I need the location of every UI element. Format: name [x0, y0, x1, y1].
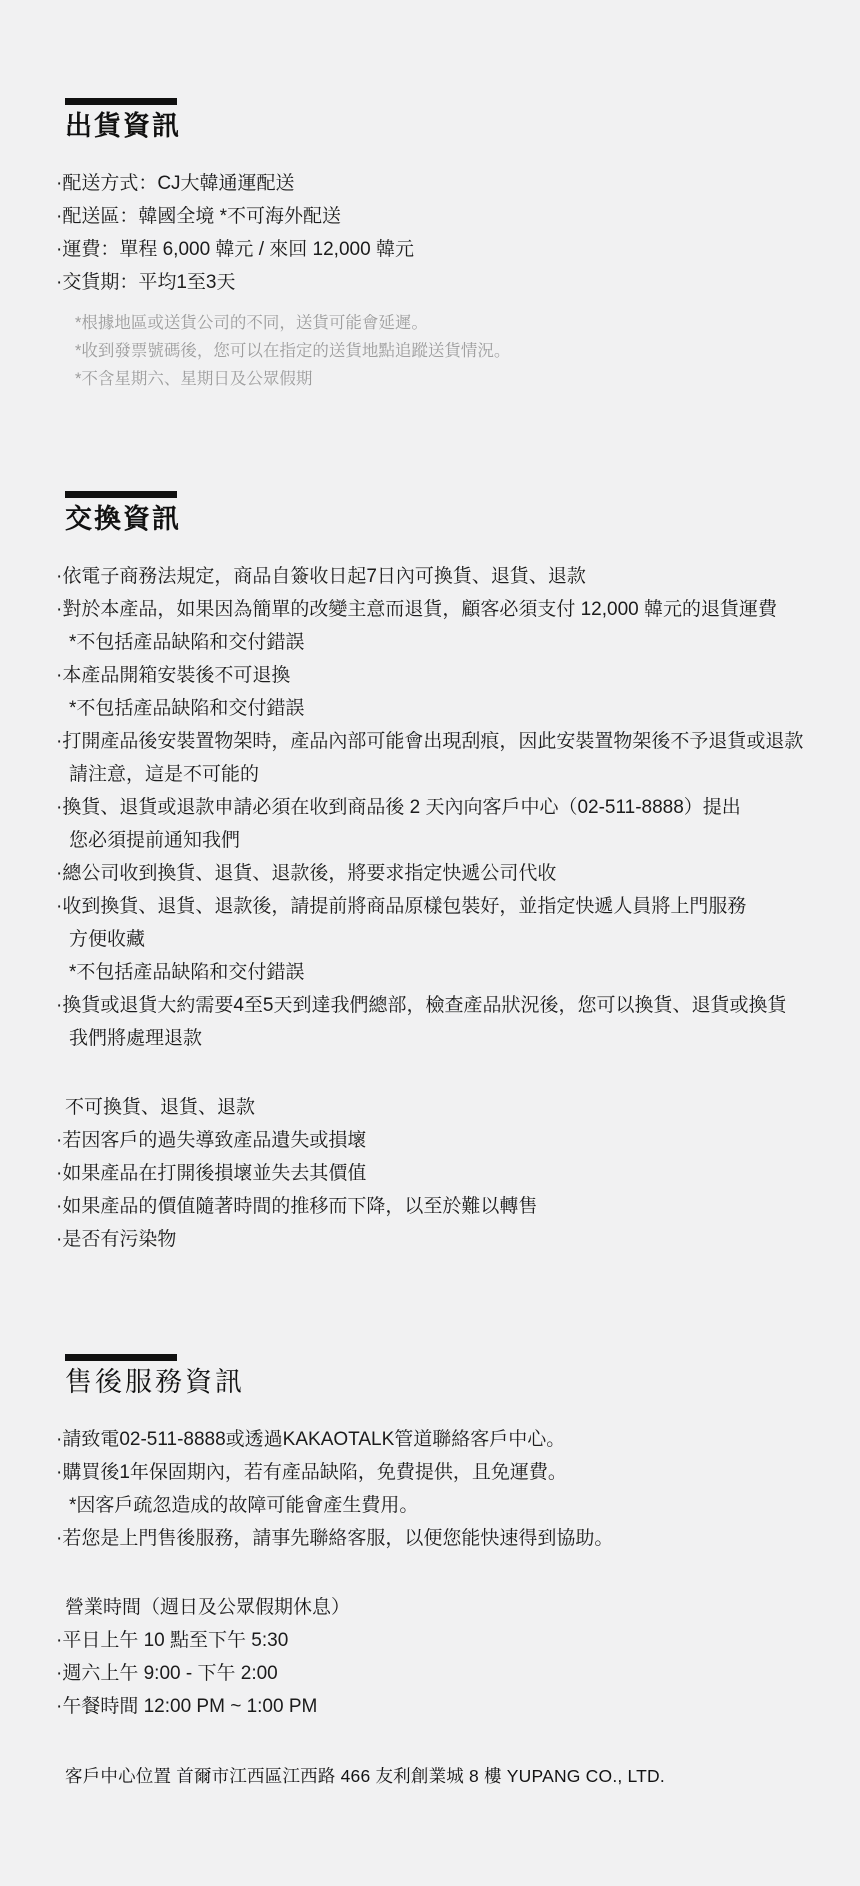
section-title-shipping: 出貨資訊 — [65, 111, 820, 141]
policy-line: ·購買後1年保固期內，若有產品缺陷，免費提供，且免運費。 — [56, 1456, 820, 1489]
policy-line: ·配送區：韓國全境 *不可海外配送 — [56, 200, 820, 233]
policy-line: *因客戶疏忽造成的故障可能會產生費用。 — [69, 1489, 820, 1522]
policy-line: 不可換貨、退貨、退款 — [65, 1091, 820, 1124]
policy-line: ·收到換貨、退貨、退款後，請提前將商品原樣包裝好，並指定快遞人員將上門服務 — [56, 890, 820, 923]
policy-line: ·若因客戶的過失導致產品遺失或損壞 — [56, 1124, 820, 1157]
policy-line: *不包括產品缺陷和交付錯誤 — [69, 692, 820, 725]
policy-line: ·配送方式：CJ大韓通運配送 — [56, 167, 820, 200]
section-shipping-info: 出貨資訊 ·配送方式：CJ大韓通運配送·配送區：韓國全境 *不可海外配送·運費：… — [65, 98, 820, 393]
policy-line: ·週六上午 9:00 - 下午 2:00 — [56, 1657, 820, 1690]
policy-line: ·對於本產品，如果因為簡單的改變主意而退貨，顧客必須支付 12,000 韓元的退… — [56, 593, 820, 626]
policy-line: ·如果產品的價值隨著時間的推移而下降，以至於難以轉售 — [56, 1190, 820, 1223]
policy-line: ·請致電02-511-8888或透過KAKAOTALK管道聯絡客戶中心。 — [56, 1423, 820, 1456]
section-after-sales-info: 售後服務資訊 ·請致電02-511-8888或透過KAKAOTALK管道聯絡客戶… — [65, 1354, 820, 1723]
spacer — [65, 1555, 820, 1591]
section-exchange-info: 交換資訊 ·依電子商務法規定，商品自簽收日起7日內可換貨、退貨、退款·對於本產品… — [65, 491, 820, 1256]
exchange-lines: ·依電子商務法規定，商品自簽收日起7日內可換貨、退貨、退款·對於本產品，如果因為… — [65, 560, 820, 1256]
title-accent-bar — [65, 1354, 177, 1361]
policy-line: *收到發票號碼後，您可以在指定的送貨地點追蹤送貨情況。 — [75, 337, 820, 365]
spacer — [65, 1055, 820, 1091]
title-accent-bar — [65, 491, 177, 498]
policy-line: ·如果產品在打開後損壞並失去其價值 — [56, 1157, 820, 1190]
section-title-after-sales: 售後服務資訊 — [65, 1367, 820, 1397]
policy-line: *根據地區或送貨公司的不同，送貨可能會延遲。 — [75, 309, 820, 337]
policy-line: *不包括產品缺陷和交付錯誤 — [69, 626, 820, 659]
shipping-policy-page: 出貨資訊 ·配送方式：CJ大韓通運配送·配送區：韓國全境 *不可海外配送·運費：… — [0, 0, 860, 1886]
after-sales-lines: ·請致電02-511-8888或透過KAKAOTALK管道聯絡客戶中心。·購買後… — [65, 1423, 820, 1723]
policy-line: 您必須提前通知我們 — [69, 824, 820, 857]
policy-line: *不含星期六、星期日及公眾假期 — [75, 365, 820, 393]
policy-line: *不包括產品缺陷和交付錯誤 — [69, 956, 820, 989]
customer-center-address: 客戶中心位置 首爾市江西區江西路 466 友利創業城 8 樓 YUPANG CO… — [65, 1763, 820, 1789]
title-accent-bar — [65, 98, 177, 105]
policy-line: ·打開產品後安裝置物架時，產品內部可能會出現刮痕，因此安裝置物架後不予退貨或退款 — [56, 725, 820, 758]
policy-line: 方便收藏 — [69, 923, 820, 956]
shipping-lines: ·配送方式：CJ大韓通運配送·配送區：韓國全境 *不可海外配送·運費：單程 6,… — [65, 167, 820, 393]
policy-line: ·依電子商務法規定，商品自簽收日起7日內可換貨、退貨、退款 — [56, 560, 820, 593]
policy-line: ·換貨、退貨或退款申請必須在收到商品後 2 天內向客戶中心（02-511-888… — [56, 791, 820, 824]
policy-line: 營業時間（週日及公眾假期休息） — [65, 1591, 820, 1624]
policy-line: ·換貨或退貨大約需要4至5天到達我們總部，檢查產品狀況後，您可以換貨、退貨或換貨 — [56, 989, 820, 1022]
policy-line: ·若您是上門售後服務，請事先聯絡客服，以便您能快速得到協助。 — [56, 1522, 820, 1555]
policy-line: ·運費：單程 6,000 韓元 / 來回 12,000 韓元 — [56, 233, 820, 266]
policy-line: ·是否有污染物 — [56, 1223, 820, 1256]
policy-line: ·本產品開箱安裝後不可退換 — [56, 659, 820, 692]
policy-line: ·交貨期：平均1至3天 — [56, 266, 820, 299]
policy-line: 我們將處理退款 — [69, 1022, 820, 1055]
policy-line: ·午餐時間 12:00 PM ~ 1:00 PM — [56, 1690, 820, 1723]
policy-line: ·平日上午 10 點至下午 5:30 — [56, 1624, 820, 1657]
section-title-exchange: 交換資訊 — [65, 504, 820, 534]
policy-line: 請注意，這是不可能的 — [69, 758, 820, 791]
spacer — [65, 299, 820, 309]
policy-line: ·總公司收到換貨、退貨、退款後，將要求指定快遞公司代收 — [56, 857, 820, 890]
